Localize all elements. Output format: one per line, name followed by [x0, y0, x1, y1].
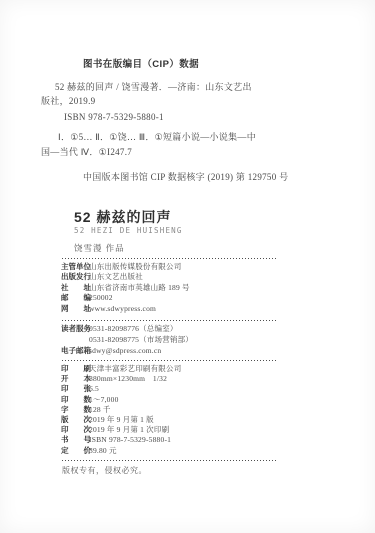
info-row: 网 址 www.sdwypress.com	[61, 304, 190, 314]
copyright-notice: 版权专有，侵权必究。	[62, 465, 147, 476]
phone-number-marketing: 0531-82098775（市场营销部）	[89, 335, 193, 346]
info-value: 天津丰富彩艺印刷有限公司	[89, 364, 181, 374]
info-row: 印 数 1～7,000	[61, 395, 181, 405]
reader-service-section: 读者服务 0531-82098776（总编室） 0531-82098775（市场…	[61, 324, 193, 356]
info-label: 印 张	[61, 384, 89, 394]
info-label: 版 次	[61, 415, 89, 425]
cip-classification-line-1: Ⅰ．①5… Ⅱ．①饶… Ⅲ．①短篇小说—小说集—中	[58, 131, 256, 143]
cip-entry-line-2: 版社，2019.9	[41, 95, 95, 107]
book-title: 52 赫兹的回声	[74, 207, 171, 227]
cip-classification-line-2: 国—当代 Ⅳ．①I247.7	[41, 146, 132, 158]
info-row: 邮 编 250002	[61, 293, 190, 303]
phone-number-editorial: 0531-82098776（总编室）	[89, 324, 193, 335]
cip-record-number: 中国版本图书馆 CIP 数据核字 (2019) 第 129750 号	[83, 171, 288, 183]
cip-heading: 图书在版编目（CIP）数据	[83, 56, 199, 70]
info-value: 128 千	[89, 405, 111, 415]
info-value: 1～7,000	[89, 395, 119, 405]
info-label: 读者服务	[61, 324, 89, 335]
info-label: 印 次	[61, 425, 89, 435]
info-value: 6.5	[89, 384, 99, 394]
dotted-separator	[62, 258, 278, 259]
info-value: 2019 年 9 月第 1 版	[89, 415, 154, 425]
info-value: 山东出版传媒股份有限公司	[89, 262, 181, 272]
dotted-separator	[62, 460, 278, 461]
info-row: 印 张 6.5	[61, 384, 181, 394]
info-value: 880mm×1230mm 1/32	[89, 374, 167, 384]
info-label: 定 价	[61, 446, 89, 456]
info-row: 印 刷 天津丰富彩艺印刷有限公司	[61, 364, 181, 374]
cip-isbn: ISBN 978-7-5329-5880-1	[64, 111, 164, 123]
phone-list: 0531-82098776（总编室） 0531-82098775（市场营销部）	[89, 324, 193, 346]
info-row: 读者服务 0531-82098776（总编室） 0531-82098775（市场…	[61, 324, 193, 346]
printing-info-section: 印 刷 天津丰富彩艺印刷有限公司 开 本 880mm×1230mm 1/32 印…	[61, 364, 181, 456]
info-value: 250002	[89, 293, 113, 303]
info-label: 印 数	[61, 395, 89, 405]
copyright-page: 图书在版编目（CIP）数据 52 赫兹的回声 / 饶雪漫著．—济南：山东文艺出 …	[0, 0, 375, 533]
info-row: 版 次 2019 年 9 月第 1 版	[61, 415, 181, 425]
info-label: 邮 编	[61, 293, 89, 303]
info-row: 印 次 2019 年 9 月第 1 次印刷	[61, 425, 181, 435]
info-value: 山东省济南市英雄山路 189 号	[89, 283, 190, 293]
info-label: 印 刷	[61, 364, 89, 374]
info-label: 出版发行	[61, 272, 89, 282]
info-value: 山东文艺出版社	[89, 272, 143, 282]
dotted-separator	[62, 360, 278, 361]
info-row: 出版发行 山东文艺出版社	[61, 272, 190, 282]
info-label: 字 数	[61, 405, 89, 415]
book-title-pinyin: 52 HEZI DE HUISHENG	[74, 226, 183, 235]
publisher-info-section: 主管单位 山东出版传媒股份有限公司 出版发行 山东文艺出版社 社 址 山东省济南…	[61, 262, 190, 314]
info-label: 开 本	[61, 374, 89, 384]
info-label: 书 号	[61, 435, 89, 445]
info-row: 定 价 39.80 元	[61, 446, 181, 456]
info-label: 网 址	[61, 304, 89, 314]
info-row: 社 址 山东省济南市英雄山路 189 号	[61, 283, 190, 293]
email-address: sdwy@sdpress.com.cn	[89, 346, 161, 357]
dotted-separator	[62, 320, 278, 321]
info-row: 书 号 ISBN 978-7-5329-5880-1	[61, 435, 181, 445]
book-author: 饶雪漫 作品	[74, 242, 125, 254]
info-label: 电子邮箱	[61, 346, 89, 357]
info-label: 社 址	[61, 283, 89, 293]
info-value: 39.80 元	[89, 446, 117, 456]
info-row: 电子邮箱 sdwy@sdpress.com.cn	[61, 346, 193, 357]
info-value: 2019 年 9 月第 1 次印刷	[89, 425, 169, 435]
info-label: 主管单位	[61, 262, 89, 272]
info-value: www.sdwypress.com	[89, 304, 156, 314]
cip-entry-line-1: 52 赫兹的回声 / 饶雪漫著．—济南：山东文艺出	[55, 81, 252, 93]
info-row: 开 本 880mm×1230mm 1/32	[61, 374, 181, 384]
info-row: 字 数 128 千	[61, 405, 181, 415]
info-value: ISBN 978-7-5329-5880-1	[89, 435, 171, 445]
info-row: 主管单位 山东出版传媒股份有限公司	[61, 262, 190, 272]
